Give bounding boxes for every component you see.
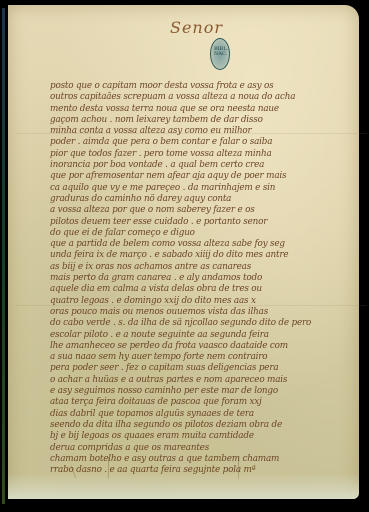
text-line: pera poder seer . fez o capitam suas del…	[50, 363, 322, 374]
text-line: chamam botelho e asy outras a que tambem…	[50, 454, 322, 465]
text-line: graduras do caminho nõ darey aquy conta	[50, 194, 322, 205]
text-line: lhe amanheceo se perdeo da frota vaasco …	[50, 341, 322, 352]
text-line: ca aquilo que vy e me pareçeo . da marin…	[50, 183, 322, 194]
text-line: escolar piloto . e a noute seguinte aa s…	[50, 330, 322, 341]
text-line: aquele dia em calma a vista delas obra d…	[50, 284, 322, 295]
text-line: as biij e ix oras nos achamos antre as c…	[50, 262, 322, 273]
text-line: que por afremosentar nem afear aja aquy …	[50, 171, 322, 182]
text-line: seendo da dita ilha segundo os pilotos d…	[50, 420, 322, 431]
text-line: bj e bij legoas os quaaes eram muita cam…	[50, 431, 322, 442]
text-line: outros capitaães screpuam a vossa alteza…	[50, 92, 322, 103]
text-line: do que ei de falar começo e diguo	[50, 228, 322, 239]
page-heading: Senor	[170, 18, 223, 37]
text-line: gaçom achou . nom leixarey tambem de dar…	[50, 115, 322, 126]
text-line: derua compridas a que os mareantes	[50, 443, 322, 454]
text-line: rrabo dasno . e aa quarta feira segujnte…	[50, 465, 322, 476]
text-line: pilotos deuem teer esse cuidado . e port…	[50, 217, 322, 228]
text-line: ataa terça feira doitauas de pascoa que …	[50, 397, 322, 408]
text-line: posto que o capitam moor desta vossa fro…	[50, 81, 322, 92]
text-line: a vossa alteza por que o nom saberey faz…	[50, 205, 322, 216]
stamp-text: BIBL. NAC.	[214, 47, 226, 57]
text-line: minha conta a vossa alteza asy como eu m…	[50, 126, 322, 137]
text-line: o achar a huũas e a outras partes e nom …	[50, 375, 322, 386]
text-line: e asy seguimos nosso caminho per este ma…	[50, 386, 322, 397]
text-line: oras pouco mais ou menos ouuemos vista d…	[50, 307, 322, 318]
text-line: mento desta vossa terra noua que se ora …	[50, 104, 322, 115]
text-line: unda feira ix de março . e sabado xiiij …	[50, 250, 322, 261]
manuscript-text: posto que o capitam moor desta vossa fro…	[50, 81, 328, 476]
text-line: que a partida de belem como vossa alteza…	[50, 239, 322, 250]
text-line: do cabo verde . s. da ilha de sã njcolla…	[50, 318, 322, 329]
library-stamp: BIBL. NAC.	[210, 38, 230, 70]
text-line: poder . aimda que pera o bem contar e fa…	[50, 137, 322, 148]
scan-edge	[2, 8, 5, 504]
text-line: mais perto da gram canarea . e aly andam…	[50, 273, 322, 284]
text-line: pior que todos fazer . pero tome vossa a…	[50, 149, 322, 160]
text-line: dias dabril que topamos alguũs synaaes d…	[50, 409, 322, 420]
text-line: inorancia por boa vontade . a qual bem c…	[50, 160, 322, 171]
text-line: a sua naao sem hy auer tempo forte nem c…	[50, 352, 322, 363]
text-line: quatro legoas . e domingo xxij do dito m…	[50, 296, 322, 307]
